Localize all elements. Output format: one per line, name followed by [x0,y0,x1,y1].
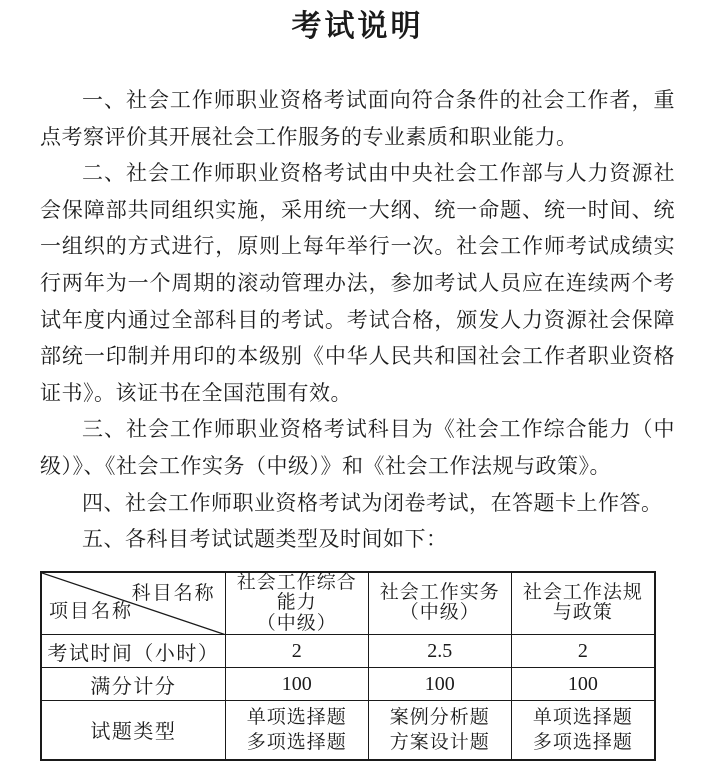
paragraph-1: 一、社会工作师职业资格考试面向符合条件的社会工作者，重点考察评价其开展社会工作服… [40,82,675,155]
types-practice: 案例分析题 方案设计题 [368,701,511,760]
paragraph-4: 四、社会工作师职业资格考试为闭卷考试，在答题卡上作答。 [40,485,675,522]
column-header-regulations-policy: 社会工作法规 与政策 [511,572,655,635]
column-header-comprehensive-ability: 社会工作综合 能力 （中级） [225,572,368,635]
corner-label-subject-name: 科目名称 [132,578,216,605]
corner-label-item-name: 项目名称 [49,596,133,623]
body-text: 一、社会工作师职业资格考试面向符合条件的社会工作者，重点考察评价其开展社会工作服… [40,82,675,558]
page-title: 考试说明 [40,6,675,48]
row-label-question-types: 试题类型 [41,701,225,760]
duration-comprehensive: 2 [225,635,368,668]
exam-schedule-table: 科目名称 项目名称 社会工作综合 能力 （中级） 社会工作实务 （中级） 社会工… [40,571,656,761]
paragraph-5: 五、各科目考试试题类型及时间如下： [40,521,675,558]
score-comprehensive: 100 [225,668,368,701]
duration-regulations: 2 [511,635,655,668]
table-row-full-score: 满分计分 100 100 100 [41,668,655,701]
document-page: 考试说明 一、社会工作师职业资格考试面向符合条件的社会工作者，重点考察评价其开展… [0,0,715,772]
paragraph-2: 二、社会工作师职业资格考试由中央社会工作部与人力资源社会保障部共同组织实施，采用… [40,155,675,411]
table-header-row: 科目名称 项目名称 社会工作综合 能力 （中级） 社会工作实务 （中级） 社会工… [41,572,655,635]
table-row-question-types: 试题类型 单项选择题 多项选择题 案例分析题 方案设计题 单项选择题 多项选择题 [41,701,655,760]
row-label-exam-duration: 考试时间（小时） [41,635,225,668]
paragraph-3: 三、社会工作师职业资格考试科目为《社会工作综合能力（中级）》、《社会工作实务（中… [40,411,675,484]
table-row-exam-duration: 考试时间（小时） 2 2.5 2 [41,635,655,668]
score-practice: 100 [368,668,511,701]
corner-header-cell: 科目名称 项目名称 [41,572,225,635]
column-header-practice: 社会工作实务 （中级） [368,572,511,635]
score-regulations: 100 [511,668,655,701]
duration-practice: 2.5 [368,635,511,668]
types-regulations: 单项选择题 多项选择题 [511,701,655,760]
row-label-full-score: 满分计分 [41,668,225,701]
types-comprehensive: 单项选择题 多项选择题 [225,701,368,760]
